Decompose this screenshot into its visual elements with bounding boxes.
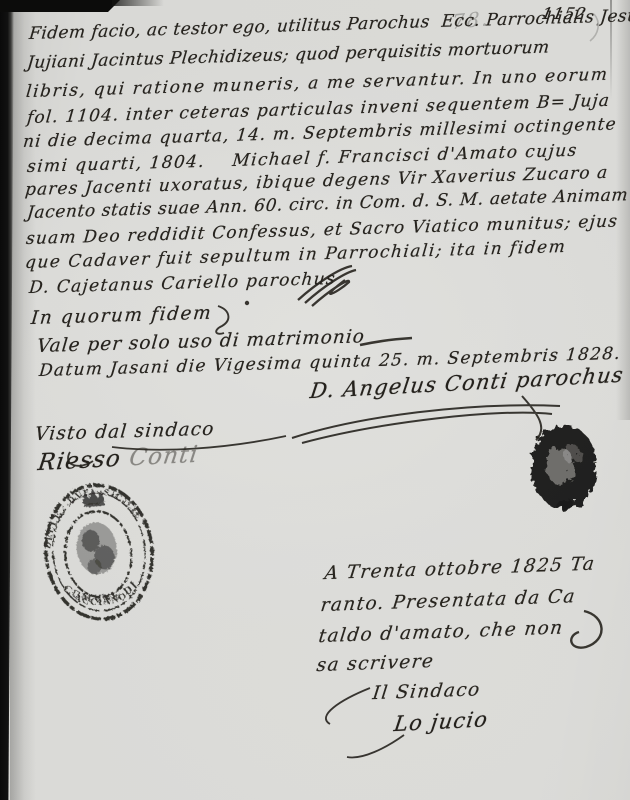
flourish-note-c xyxy=(571,611,601,648)
pencil-curl-mark xyxy=(590,14,598,41)
scanned-document-page: 78. 1152 Fidem facio, ac testor ego, uti… xyxy=(0,0,630,800)
flourish-priest-signature xyxy=(292,396,560,443)
flourish-fidem xyxy=(216,306,228,334)
ink-dot xyxy=(245,301,249,305)
flourish-sindaco-lead xyxy=(326,688,370,724)
flourish-jucio-tail xyxy=(347,735,404,757)
ink-flourishes-layer xyxy=(0,0,630,800)
flourish-visto xyxy=(68,436,286,466)
dash-matrimonio xyxy=(360,338,412,345)
flourish-parochus xyxy=(298,266,356,306)
